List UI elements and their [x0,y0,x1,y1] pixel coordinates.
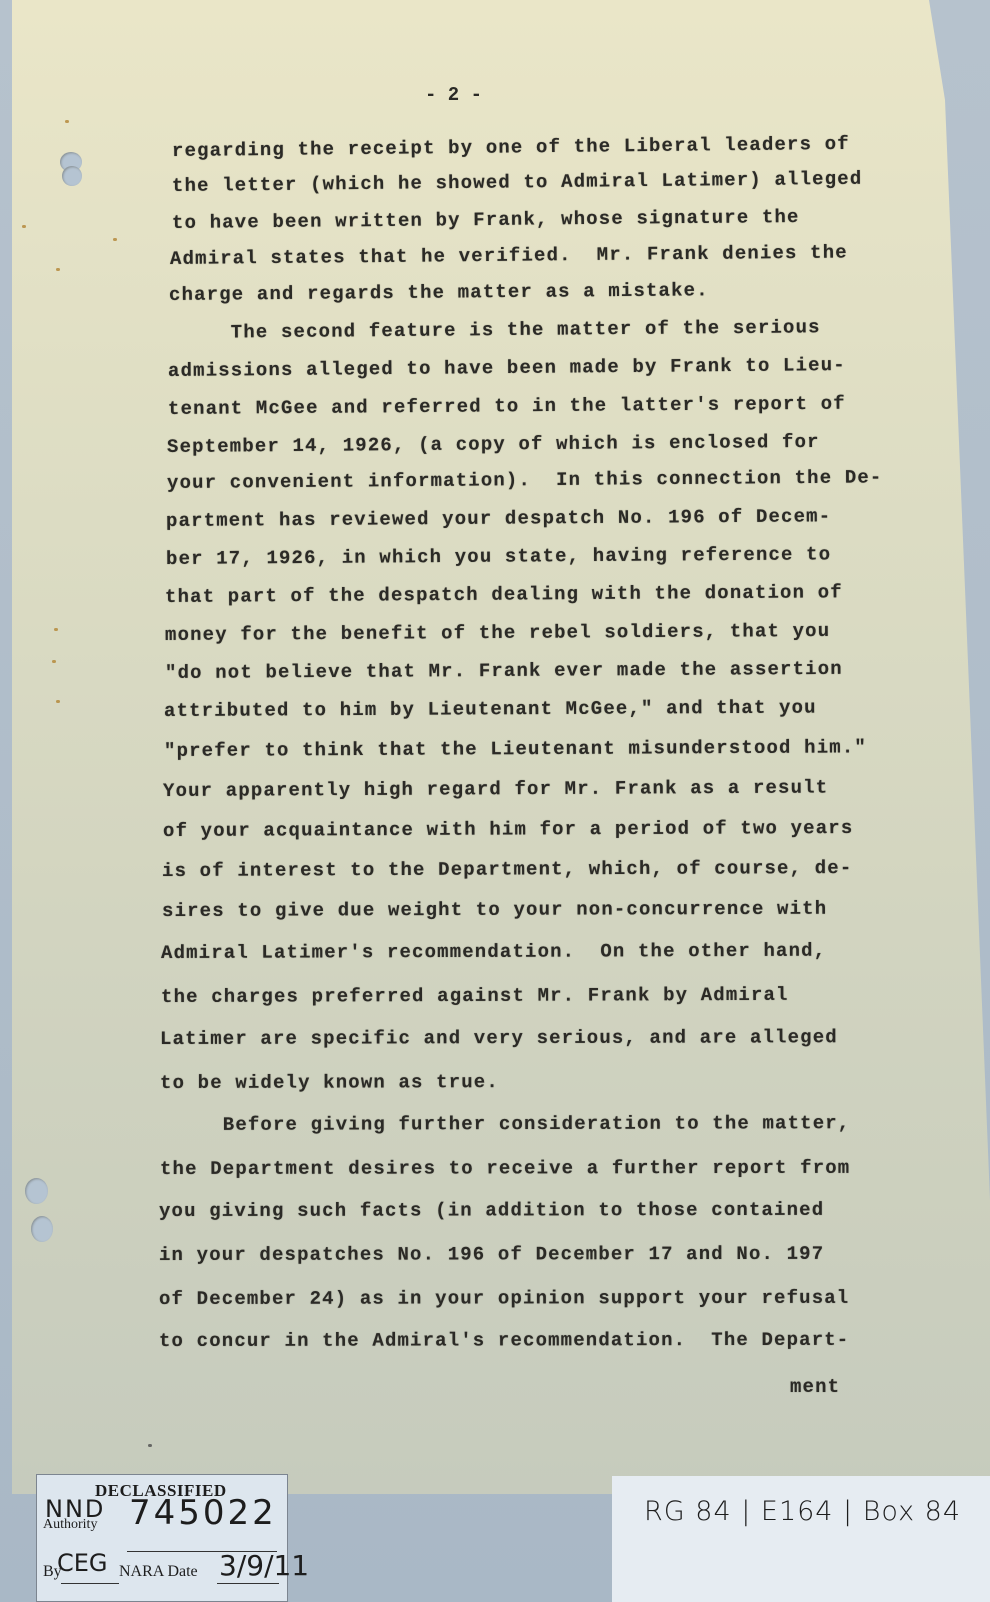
stamp-rule [61,1583,119,1584]
archival-reference-card: RG 84 | E164 | Box 84 [612,1476,990,1602]
text-line: in your despatches No. 196 of December 1… [159,1243,824,1266]
paper-speck [54,628,58,631]
page-number: - 2 - [425,84,482,106]
stamp-by-value: CEG [57,1549,108,1577]
text-line: Before giving further consideration to t… [160,1112,850,1136]
text-line: of your acquaintance with him for a peri… [163,817,853,842]
text-line: Latimer are specific and very serious, a… [160,1026,838,1050]
catchword: ment [790,1376,840,1398]
text-line: the charges preferred against Mr. Frank … [161,984,789,1008]
paper-speck [56,700,60,703]
paper-speck [52,660,56,663]
text-line: you giving such facts (in addition to th… [159,1199,824,1222]
text-line: ber 17, 1926, in which you state, having… [166,543,831,570]
text-line: to concur in the Admiral's recommendatio… [159,1329,849,1352]
paper-speck [22,225,26,228]
text-line: the Department desires to receive a furt… [160,1157,850,1180]
text-line: "prefer to think that the Lieutenant mis… [164,736,867,762]
text-line: attributed to him by Lieutenant McGee," … [164,697,817,722]
punch-hole [62,166,82,186]
text-line: partment has reviewed your despatch No. … [166,505,831,532]
stamp-nara-date-label: NARA Date [119,1563,198,1581]
text-line: of December 24) as in your opinion suppo… [159,1287,849,1310]
text-line: Your apparently high regard for Mr. Fran… [163,777,828,802]
archival-reference-text: RG 84 | E164 | Box 84 [644,1496,961,1527]
declassified-stamp: DECLASSIFIED NND Authority 745022 By CEG… [36,1474,288,1602]
stamp-date-value: 3/9/11 [219,1549,309,1582]
text-line: sires to give due weight to your non-con… [162,898,827,922]
paper-speck [56,268,60,271]
text-line: charge and regards the matter as a mista… [169,279,709,306]
text-line: to be widely known as true. [160,1071,499,1094]
text-line: money for the benefit of the rebel soldi… [165,620,830,646]
paper-speck [65,120,69,123]
text-line: is of interest to the Department, which,… [162,857,852,882]
text-line: Admiral Latimer's recommendation. On the… [161,940,826,964]
punch-hole [31,1216,53,1242]
paper-speck [113,238,117,241]
stamp-authority-label: Authority [43,1517,97,1533]
stamp-rule [217,1583,279,1584]
stamp-authority-value: 745022 [129,1493,277,1533]
paper-speck [148,1444,152,1447]
text-line: "do not believe that Mr. Frank ever made… [165,658,843,684]
punch-hole [25,1178,48,1204]
